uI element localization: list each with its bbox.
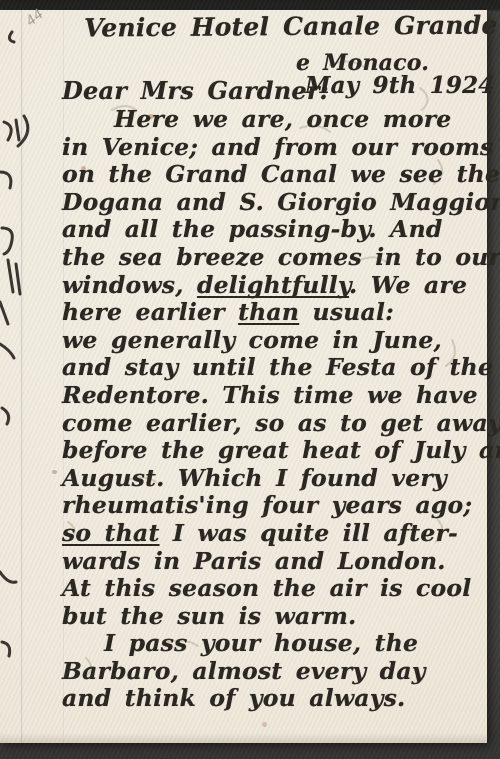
letter-date: May 9th 1924 [305, 72, 495, 99]
letter-line: the sea breeze comes in to our [62, 244, 486, 272]
letter-line: At this season the air is cool [62, 575, 486, 603]
letter-line: but the sun is warm. [62, 603, 486, 631]
pencil-page-number: 44 [23, 6, 47, 30]
letter-line: on the Grand Canal we see the [62, 161, 486, 189]
letter-line: Redentore. This time we have [62, 382, 486, 410]
letter-line: wards in Paris and London. [62, 548, 486, 576]
letter-line: Here we are, once more [62, 106, 486, 134]
letter-line: I pass your house, the [62, 630, 486, 658]
letter-line: August. Which I found very [62, 465, 486, 493]
letter-line: in Venice; and from our rooms [62, 134, 486, 162]
letter-body: Here we are, once morein Venice; and fro… [62, 106, 486, 713]
paper-bottom-edge-shadow [0, 733, 487, 743]
letter-line: so that I was quite ill after- [62, 520, 486, 548]
letter-line: windows, delightfully. We are [62, 272, 486, 300]
letter-line: Barbaro, almost every day [62, 658, 486, 686]
letter-line: we generally come in June, [62, 327, 486, 355]
letter-page: 44 Venice Hotel Canale Grande e Monaco. … [0, 10, 487, 743]
letter-line: rheumatis'ing four years ago; [62, 492, 486, 520]
letter-line: and all the passing-by. And [62, 216, 486, 244]
foxing-spot [262, 722, 267, 727]
letter-line: Dogana and S. Giorgio Maggiore [62, 189, 486, 217]
letter-line: here earlier than usual: [62, 299, 486, 327]
letter-line: come earlier, so as to get away [62, 410, 486, 438]
adjacent-page-edge-crease [21, 10, 24, 743]
letter-heading-line1: Venice Hotel Canale Grande [84, 11, 498, 43]
photo-backdrop: 44 Venice Hotel Canale Grande e Monaco. … [0, 0, 500, 759]
foxing-spot [52, 470, 57, 474]
adjacent-page-ink-fragments [0, 10, 32, 743]
letter-line: and think of you always. [62, 685, 486, 713]
letter-salutation: Dear Mrs Gardner: [62, 76, 329, 105]
letter-line: before the great heat of July and [62, 437, 486, 465]
letter-line: and stay until the Festa of the [62, 354, 486, 382]
